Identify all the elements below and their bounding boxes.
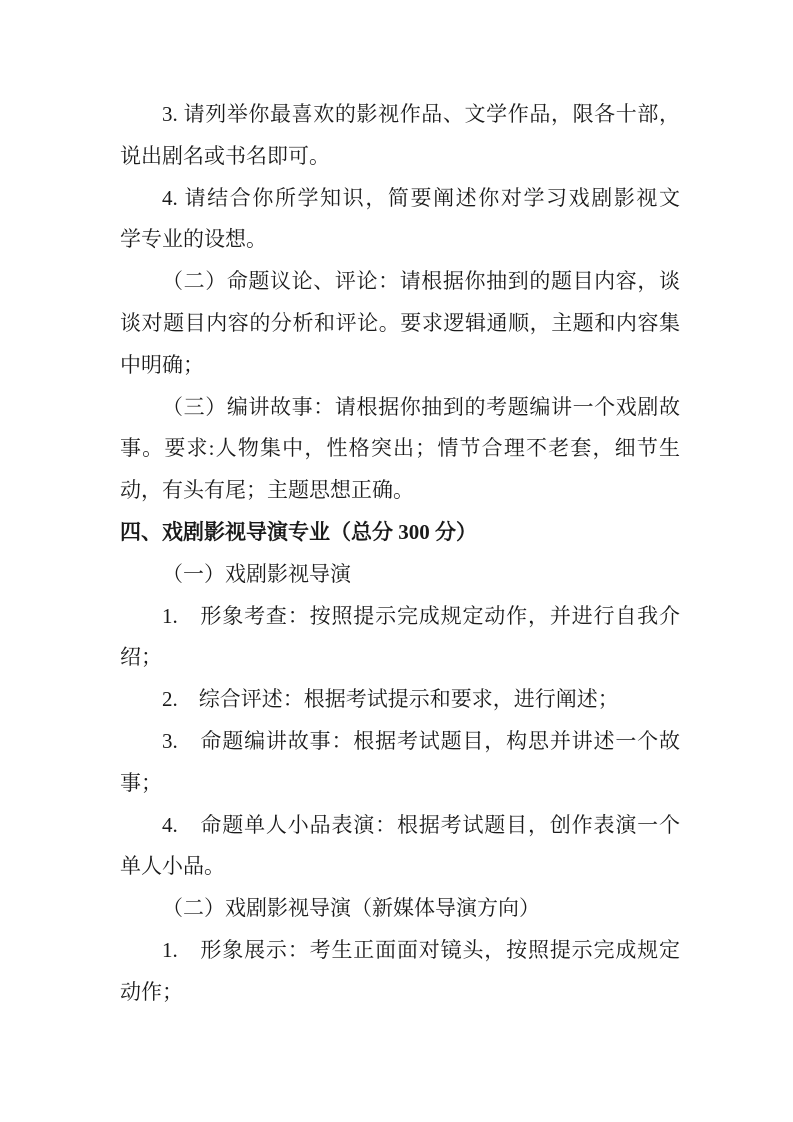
paragraph: 3. 命题编讲故事：根据考试题目，构思并讲述一个故事； [120, 721, 680, 805]
paragraph-line: 事； [120, 763, 680, 805]
document-page: 3. 请列举你最喜欢的影视作品、文学作品，限各十部，说出剧名或书名即可。4. 请… [0, 0, 793, 1122]
paragraph-line: 4. 命题单人小品表演：根据考试题目，创作表演一个 [120, 805, 680, 847]
paragraph-line: 绍； [120, 637, 680, 679]
paragraph-line: 4. 请结合你所学知识，简要阐述你对学习戏剧影视文 [120, 178, 680, 220]
paragraph-line: 1. 形象展示：考生正面面对镜头，按照提示完成规定 [120, 930, 680, 972]
paragraph: 4. 请结合你所学知识，简要阐述你对学习戏剧影视文学专业的设想。 [120, 178, 680, 262]
section-heading: 四、戏剧影视导演专业（总分 300 分） [120, 512, 680, 554]
paragraph-line: 3. 命题编讲故事：根据考试题目，构思并讲述一个故 [120, 721, 680, 763]
paragraph-line: （二）命题议论、评论：请根据你抽到的题目内容，谈 [120, 261, 680, 303]
paragraph: 4. 命题单人小品表演：根据考试题目，创作表演一个单人小品。 [120, 805, 680, 889]
paragraph: （三）编讲故事：请根据你抽到的考题编讲一个戏剧故事。要求:人物集中，性格突出；情… [120, 387, 680, 512]
paragraph: （一）戏剧影视导演 [120, 554, 680, 596]
document-body: 3. 请列举你最喜欢的影视作品、文学作品，限各十部，说出剧名或书名即可。4. 请… [120, 94, 680, 1014]
paragraph: （二）戏剧影视导演（新媒体导演方向） [120, 888, 680, 930]
paragraph: 1. 形象展示：考生正面面对镜头，按照提示完成规定动作； [120, 930, 680, 1014]
paragraph-line: 学专业的设想。 [120, 219, 680, 261]
paragraph-line: （二）戏剧影视导演（新媒体导演方向） [120, 888, 680, 930]
paragraph-line: 1. 形象考查：按照提示完成规定动作，并进行自我介 [120, 596, 680, 638]
paragraph-line: 3. 请列举你最喜欢的影视作品、文学作品，限各十部， [120, 94, 680, 136]
paragraph-line: 中明确； [120, 345, 680, 387]
paragraph: 2. 综合评述：根据考试提示和要求，进行阐述； [120, 679, 680, 721]
paragraph-line: 2. 综合评述：根据考试提示和要求，进行阐述； [120, 679, 680, 721]
paragraph-line: （三）编讲故事：请根据你抽到的考题编讲一个戏剧故 [120, 387, 680, 429]
paragraph-line: 事。要求:人物集中，性格突出；情节合理不老套，细节生 [120, 428, 680, 470]
paragraph-line: 说出剧名或书名即可。 [120, 136, 680, 178]
paragraph-line: 单人小品。 [120, 846, 680, 888]
paragraph-line: 动，有头有尾；主题思想正确。 [120, 470, 680, 512]
paragraph: 3. 请列举你最喜欢的影视作品、文学作品，限各十部，说出剧名或书名即可。 [120, 94, 680, 178]
heading-line: 四、戏剧影视导演专业（总分 300 分） [120, 512, 680, 554]
paragraph-line: （一）戏剧影视导演 [120, 554, 680, 596]
paragraph-line: 动作； [120, 972, 680, 1014]
paragraph: 1. 形象考查：按照提示完成规定动作，并进行自我介绍； [120, 596, 680, 680]
paragraph-line: 谈对题目内容的分析和评论。要求逻辑通顺，主题和内容集 [120, 303, 680, 345]
paragraph: （二）命题议论、评论：请根据你抽到的题目内容，谈谈对题目内容的分析和评论。要求逻… [120, 261, 680, 386]
